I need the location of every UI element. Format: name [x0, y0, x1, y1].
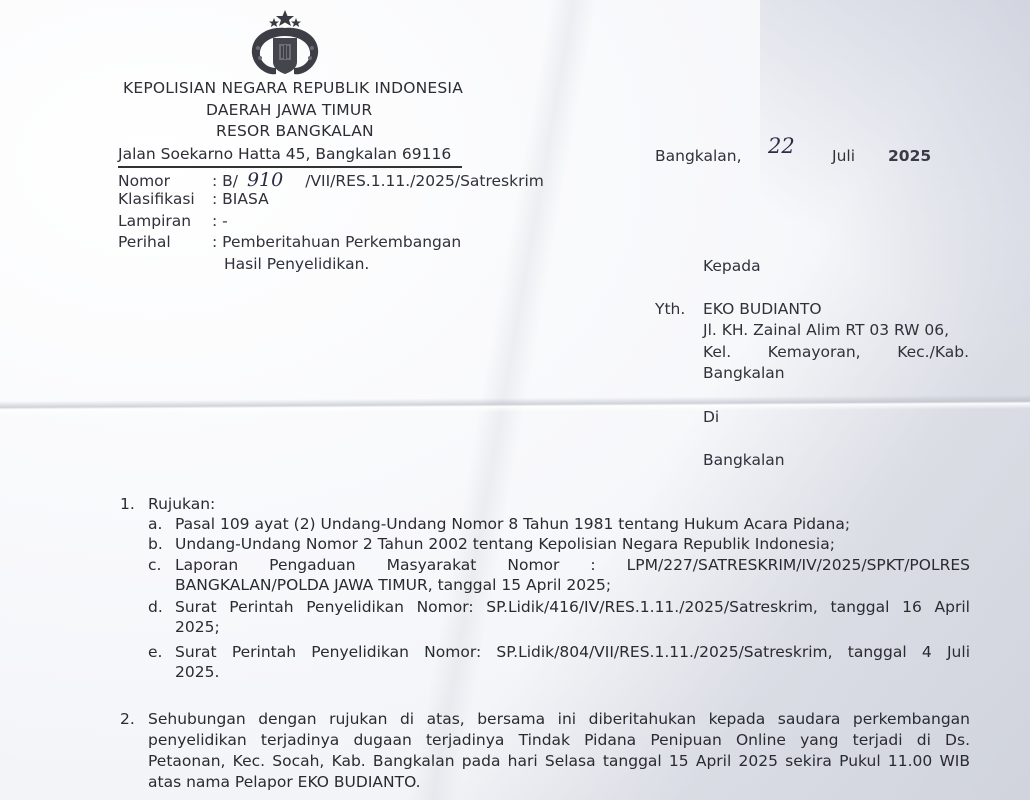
section2-line2: penyelidikan terjadinya dugaan terjadiny…	[148, 731, 970, 750]
letter-paper	[0, 0, 1030, 800]
meta-nomor-label: Nomor	[118, 172, 212, 190]
meta-nomor-handwritten: 910	[247, 169, 283, 191]
section2-line1: Sehubungan dengan rujukan di atas, bersa…	[148, 710, 970, 729]
letterhead-resort: RESOR BANGKALAN	[216, 122, 374, 140]
letterhead-address: Jalan Soekarno Hatta 45, Bangkalan 69116	[118, 145, 451, 163]
meta-nomor: Nomor: B/ 910/VII/RES.1.11./2025/Satresk…	[118, 169, 544, 191]
meta-perihal: Perihal: Pemberitahuan Perkembangan	[118, 233, 461, 251]
meta-nomor-suffix: /VII/RES.1.11./2025/Satreskrim	[305, 172, 544, 190]
ref-a-letter: a.	[148, 515, 162, 534]
section2-line3: Petaonan, Kec. Socah, Kab. Bangkalan pad…	[148, 752, 970, 771]
meta-lampiran: Lampiran: -	[118, 212, 228, 230]
ref-c-letter: c.	[148, 556, 161, 575]
letterhead-region: DAERAH JAWA TIMUR	[206, 101, 372, 119]
ref-a-text: Pasal 109 ayat (2) Undang-Undang Nomor 8…	[175, 515, 850, 534]
meta-perihal-label: Perihal	[118, 233, 212, 251]
ref-c-text-line1: Laporan Pengaduan Masyarakat Nomor : LPM…	[175, 556, 970, 575]
recipient-address-line2: Kel. Kemayoran, Kec./Kab.	[703, 343, 969, 361]
ref-e-text-line2: 2025.	[175, 663, 219, 682]
recipient-di: Di	[703, 408, 719, 426]
ref-b-text: Undang-Undang Nomor 2 Tahun 2002 tentang…	[175, 535, 835, 554]
meta-lampiran-label: Lampiran	[118, 212, 212, 230]
meta-perihal-value-line2: Hasil Penyelidikan.	[224, 255, 369, 273]
ref-d-letter: d.	[148, 598, 163, 617]
ref-e-text-line1: Surat Perintah Penyelidikan Nomor: SP.Li…	[175, 643, 970, 662]
meta-lampiran-value: : -	[212, 212, 228, 230]
ref-d-text-line1: Surat Perintah Penyelidikan Nomor: SP.Li…	[175, 598, 970, 617]
meta-nomor-prefix: : B/	[212, 172, 238, 190]
recipient-city: Bangkalan	[703, 451, 785, 469]
recipient-address-line3: Bangkalan	[703, 364, 785, 382]
recipient-kel: Kel.	[703, 343, 731, 361]
recipient-yth: Yth.	[655, 300, 685, 318]
ref-e-letter: e.	[148, 643, 162, 662]
section1-title: Rujukan:	[148, 495, 215, 514]
date-year: 2025	[888, 147, 931, 165]
recipient-name: EKO BUDIANTO	[703, 300, 822, 318]
recipient-kepada: Kepada	[703, 257, 761, 275]
meta-perihal-value: : Pemberitahuan Perkembangan	[212, 233, 461, 251]
recipient-address-line1: Jl. KH. Zainal Alim RT 03 RW 06,	[703, 321, 949, 339]
recipient-kec-kab: Kec./Kab.	[897, 343, 969, 361]
section1-number: 1.	[120, 495, 135, 514]
section2-number: 2.	[120, 710, 135, 729]
section2-line4: atas nama Pelapor EKO BUDIANTO.	[148, 773, 421, 792]
recipient-kelurahan: Kemayoran,	[768, 343, 861, 361]
date-month: Juli	[832, 147, 855, 165]
date-city: Bangkalan,	[655, 147, 742, 165]
letterhead-underline	[118, 166, 462, 168]
meta-klasifikasi: Klasifikasi: BIASA	[118, 190, 269, 208]
meta-klasifikasi-value: : BIASA	[212, 190, 269, 208]
ref-b-letter: b.	[148, 535, 163, 554]
date-day-handwritten: 22	[768, 134, 795, 158]
ref-c-text-line2: BANGKALAN/POLDA JAWA TIMUR, tanggal 15 A…	[175, 576, 611, 595]
meta-klasifikasi-label: Klasifikasi	[118, 190, 212, 208]
ref-d-text-line2: 2025;	[175, 618, 220, 637]
police-emblem-icon	[246, 8, 324, 80]
letterhead-institution: KEPOLISIAN NEGARA REPUBLIK INDONESIA	[123, 79, 463, 97]
